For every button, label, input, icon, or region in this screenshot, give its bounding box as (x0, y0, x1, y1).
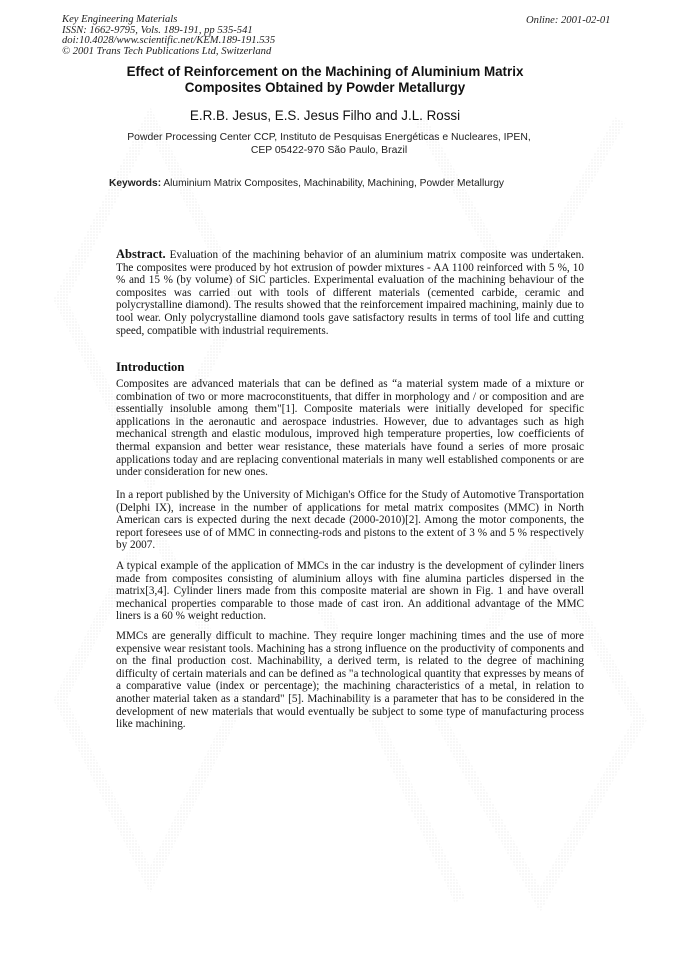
online-date: Online: 2001-02-01 (526, 15, 610, 26)
affiliation-line-2: CEP 05422-970 São Paulo, Brazil (110, 145, 548, 158)
abstract: Abstract. Evaluation of the machining be… (116, 248, 584, 337)
affiliation-line-1: Powder Processing Center CCP, Instituto … (110, 132, 548, 145)
paragraph: A typical example of the application of … (116, 560, 584, 623)
keywords: Keywords: Aluminium Matrix Composites, M… (109, 178, 569, 189)
keywords-label: Keywords: (109, 178, 161, 189)
section-heading-introduction: Introduction (116, 360, 184, 375)
paper-title: Effect of Reinforcement on the Machining… (110, 64, 540, 96)
journal-name: Key Engineering Materials (62, 15, 275, 26)
paragraph: In a report published by the University … (116, 489, 584, 552)
paper-page: Key Engineering Materials ISSN: 1662-979… (0, 0, 678, 959)
title-line-2: Composites Obtained by Powder Metallurgy (110, 80, 540, 96)
abstract-text: Evaluation of the machining behavior of … (116, 249, 584, 337)
abstract-label: Abstract. (116, 247, 166, 261)
paragraph: Composites are advanced materials that c… (116, 378, 584, 479)
journal-header: Key Engineering Materials ISSN: 1662-979… (62, 15, 275, 57)
copyright-line: © 2001 Trans Tech Publications Ltd, Swit… (62, 47, 275, 58)
paragraph: MMCs are generally difficult to machine.… (116, 630, 584, 731)
title-line-1: Effect of Reinforcement on the Machining… (110, 64, 540, 80)
keywords-list: Aluminium Matrix Composites, Machinabili… (163, 178, 504, 189)
authors: E.R.B. Jesus, E.S. Jesus Filho and J.L. … (110, 108, 540, 123)
affiliation: Powder Processing Center CCP, Instituto … (110, 132, 548, 157)
